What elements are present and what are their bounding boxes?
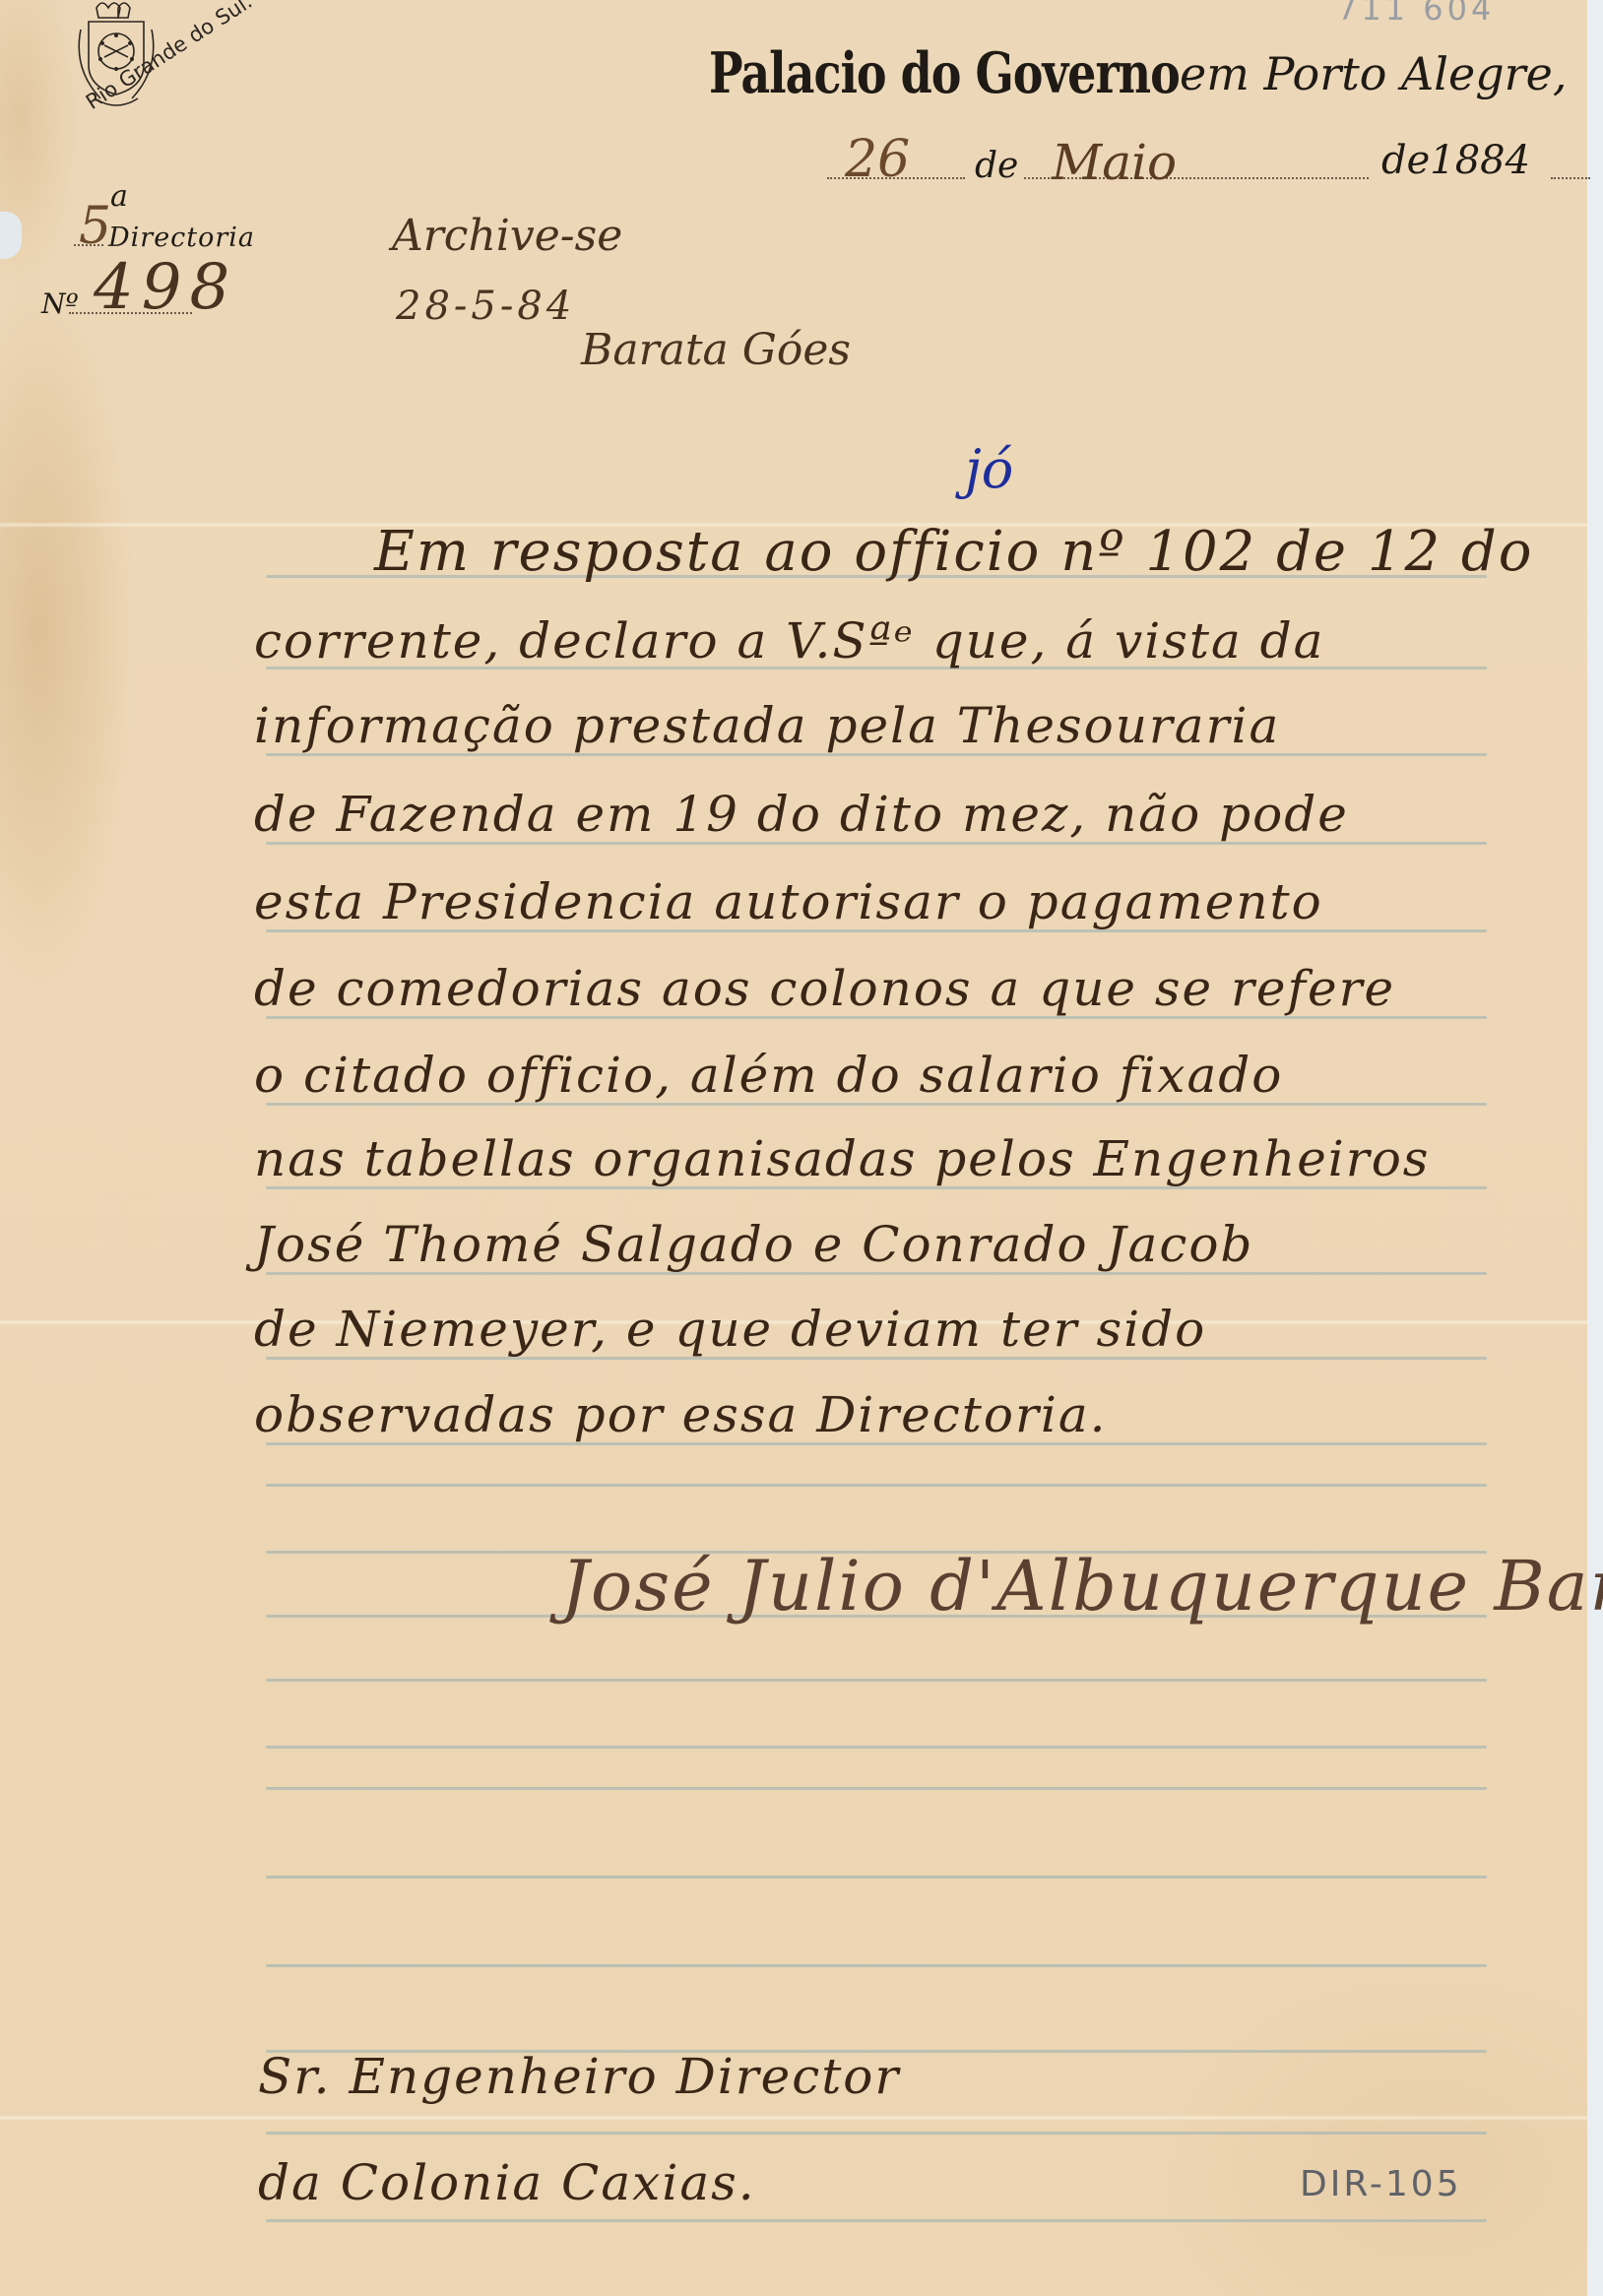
addressee-line-2: da Colonia Caxias.	[258, 2154, 756, 2211]
blue-pencil-note: jó	[965, 438, 1013, 500]
date-dotted-line	[1551, 177, 1590, 179]
letterhead-location: em Porto Alegre,	[1180, 47, 1567, 100]
fold-crease	[0, 2115, 1587, 2121]
date-year: de1884	[1381, 138, 1530, 183]
letterhead-title: Palacio do Governo	[709, 39, 1180, 106]
date-de: de	[1381, 138, 1430, 183]
body-line: observadas por essa Directoria.	[254, 1386, 1108, 1443]
archive-code: DIR-105	[1300, 2164, 1462, 2204]
letter-page: Rio Grande do Sul. Palacio do Governo em…	[0, 0, 1587, 2296]
date-year-value: 1884	[1430, 138, 1530, 183]
body-line: de Niemeyer, e que deviam ter sido	[254, 1301, 1206, 1358]
directoria-label: Directoria	[108, 223, 255, 253]
body-line: de comedorias aos colonos a que se refer…	[254, 960, 1395, 1017]
date-de: de	[975, 146, 1018, 186]
date-day: 26	[845, 130, 910, 189]
body-line: José Thomé Salgado e Conrado Jacob	[254, 1216, 1253, 1273]
directoria-ordinal: 5	[79, 197, 111, 256]
body-line: corrente, declaro a V.Sªᵉ que, á vista d…	[254, 612, 1325, 670]
archive-instruction: Archive-se	[392, 211, 622, 261]
archive-signature: Barata Góes	[581, 325, 851, 375]
directoria-dotted-line	[74, 244, 103, 246]
body-line: o citado officio, além do salario fixado	[254, 1047, 1283, 1104]
body-line: de Fazenda em 19 do dito mez, não pode	[254, 786, 1349, 843]
torn-edge	[0, 212, 22, 259]
document-number: 498	[94, 251, 237, 324]
number-label: Nº	[41, 287, 79, 320]
body-line: esta Presidencia autorisar o pagamento	[254, 873, 1323, 930]
addressee-line-1: Sr. Engenheiro Director	[258, 2048, 900, 2105]
archive-date: 28-5-84	[396, 284, 575, 329]
body-line: Em resposta ao officio nº 102 de 12 do	[374, 520, 1534, 584]
archive-pencil-number: 711 604	[1337, 0, 1495, 28]
date-month: Maio	[1052, 134, 1177, 191]
signature: José Julio d'Albuquerque Barros	[561, 1546, 1603, 1626]
directoria-ordinal-suffix: a	[110, 179, 128, 214]
body-line: nas tabellas organisadas pelos Engenheir…	[254, 1130, 1430, 1187]
body-line: informação prestada pela Thesouraria	[254, 697, 1280, 754]
